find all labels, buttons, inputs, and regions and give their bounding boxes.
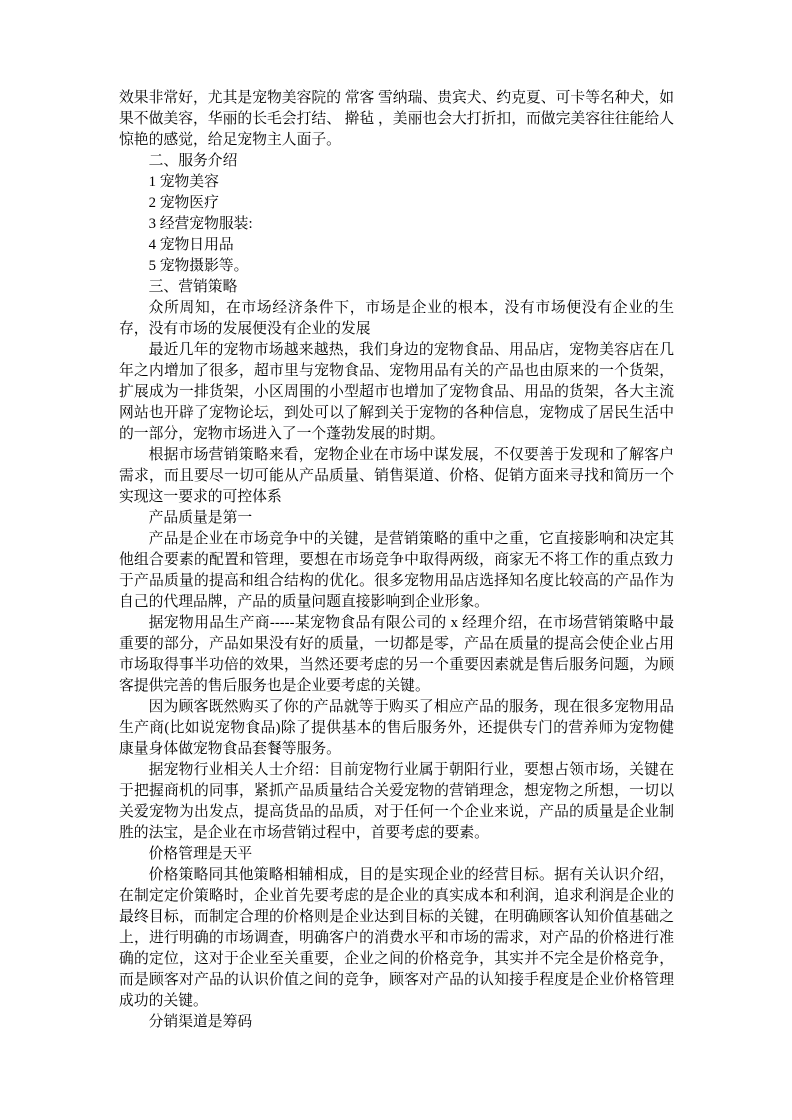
list-item-5: 5 宠物摄影等。 [119, 256, 674, 277]
paragraph-continuation: 效果非常好，尤其是宠物美容院的 常客 雪纳瑞、贵宾犬、约克夏、可卡等名种犬，如果… [119, 88, 674, 151]
paragraph: 价格策略同其他策略相辅相成，目的是实现企业的经营目标。据有关认识介绍，在制定定价… [119, 865, 674, 1012]
list-item-3: 3 经营宠物服装: [119, 214, 674, 235]
paragraph: 因为顾客既然购买了你的产品就等于购买了相应产品的服务，现在很多宠物用品生产商(比… [119, 697, 674, 760]
document-page: 效果非常好，尤其是宠物美容院的 常客 雪纳瑞、贵宾犬、约克夏、可卡等名种犬，如果… [0, 0, 792, 1120]
list-item-4: 4 宠物日用品 [119, 235, 674, 256]
section-heading-services: 二、服务介绍 [119, 151, 674, 172]
paragraph: 据宠物用品生产商-----某宠物食品有限公司的 x 经理介绍，在市场营销策略中最… [119, 613, 674, 697]
paragraph: 产品是企业在市场竞争中的关键，是营销策略的重中之重，它直接影响和决定其他组合要素… [119, 529, 674, 613]
sub-heading-product-quality: 产品质量是第一 [119, 508, 674, 529]
document-text-block: 效果非常好，尤其是宠物美容院的 常客 雪纳瑞、贵宾犬、约克夏、可卡等名种犬，如果… [119, 88, 674, 1033]
sub-heading-price-management: 价格管理是天平 [119, 844, 674, 865]
list-item-2: 2 宠物医疗 [119, 193, 674, 214]
list-item-1: 1 宠物美容 [119, 172, 674, 193]
paragraph: 据宠物行业相关人士介绍：目前宠物行业属于朝阳行业，要想占领市场，关键在于把握商机… [119, 760, 674, 844]
paragraph: 最近几年的宠物市场越来越热，我们身边的宠物食品、用品店，宠物美容店在几年之内增加… [119, 340, 674, 445]
section-heading-marketing: 三、营销策略 [119, 277, 674, 298]
sub-heading-distribution: 分销渠道是筹码 [119, 1012, 674, 1033]
paragraph: 根据市场营销策略来看，宠物企业在市场中谋发展，不仅要善于发现和了解客户需求，而且… [119, 445, 674, 508]
paragraph: 众所周知，在市场经济条件下，市场是企业的根本，没有市场便没有企业的生存，没有市场… [119, 298, 674, 340]
